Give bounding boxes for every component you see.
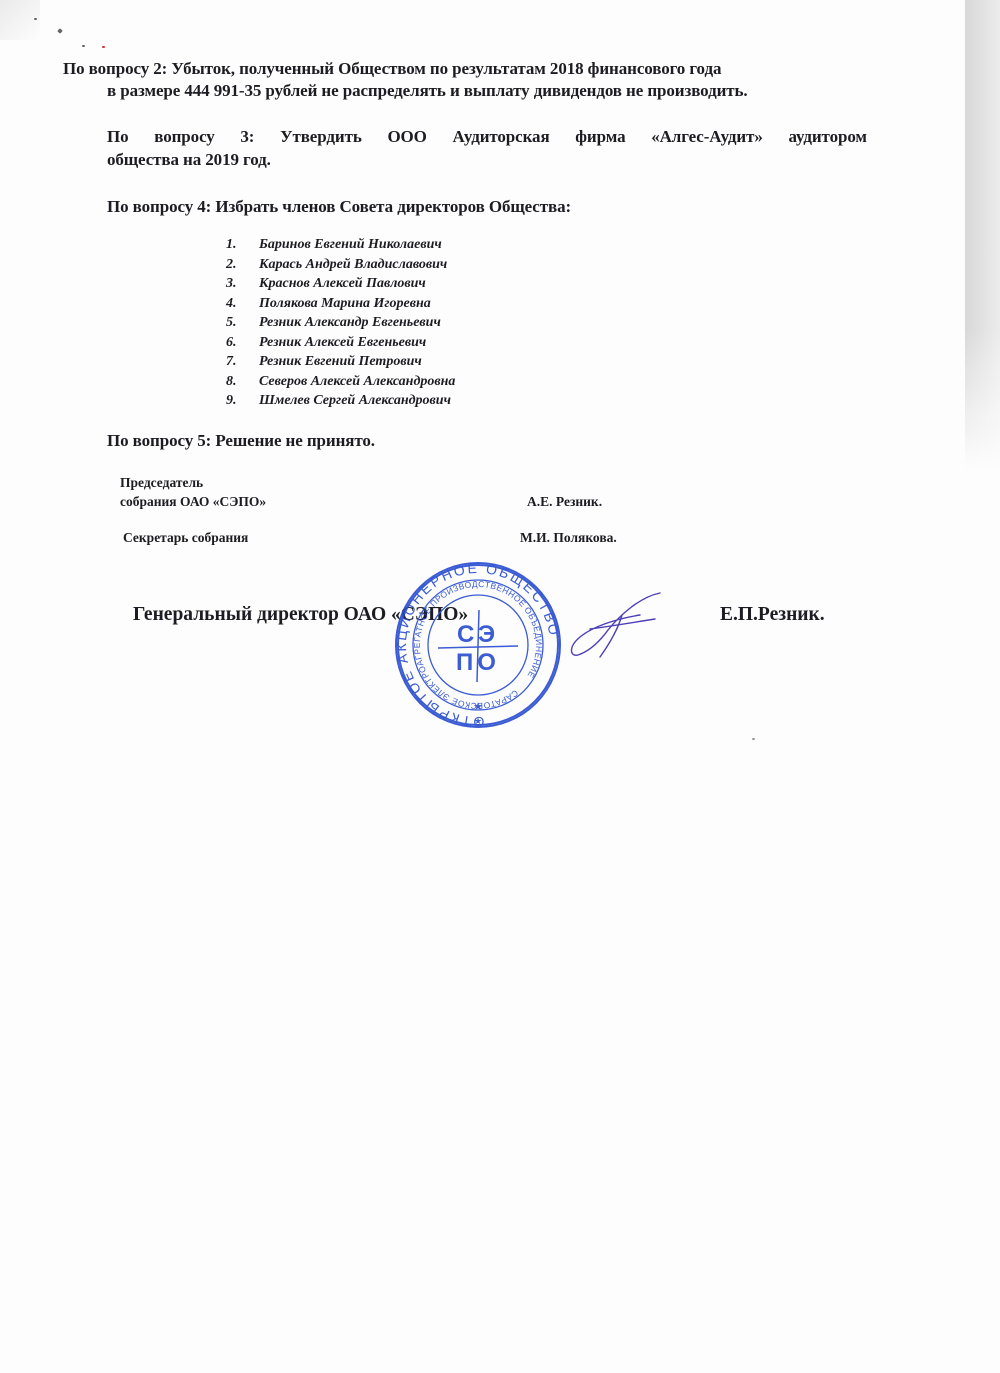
scan-speck — [57, 28, 63, 34]
board-members-list: 1.Баринов Евгений Николаевич 2.Карась Ан… — [226, 235, 455, 411]
word: фирма — [575, 127, 625, 147]
item-number: 7. — [226, 352, 259, 372]
scan-corner-shadow — [0, 0, 40, 40]
item-number: 5. — [226, 313, 259, 333]
member-name: Шмелев Сергей Александрович — [259, 393, 451, 408]
word: Утвердить — [280, 127, 362, 147]
member-name: Резник Евгений Петрович — [259, 354, 422, 369]
scan-speck — [102, 46, 105, 48]
item-number: 8. — [226, 372, 259, 392]
scan-speck — [752, 738, 755, 740]
company-seal-stamp: ОТКРЫТОЕ АКЦИОНЕРНОЕ ОБЩЕСТВО САРАТОВСКО… — [393, 560, 563, 730]
question-2-line-1: По вопросу 2: Убыток, полученный Обществ… — [63, 59, 721, 79]
item-number: 2. — [226, 255, 259, 275]
word: «Алгес-Аудит» — [651, 127, 763, 147]
item-number: 4. — [226, 294, 259, 314]
word: аудитором — [789, 127, 867, 147]
scan-speck — [34, 18, 37, 20]
question-4-heading: По вопросу 4: Избрать членов Совета дире… — [107, 197, 571, 217]
star-icon: ★ — [474, 716, 482, 726]
scan-edge-shadow — [965, 0, 1000, 470]
member-name: Баринов Евгений Николаевич — [259, 237, 442, 252]
member-name: Полякова Марина Игоревна — [259, 296, 431, 311]
word: Аудиторская — [453, 127, 550, 147]
member-name: Северов Алексей Александровна — [259, 374, 455, 389]
chairman-title-line-1: Председатель — [120, 475, 203, 491]
member-name: Краснов Алексей Павлович — [259, 276, 426, 291]
list-item: 8.Северов Алексей Александровна — [226, 372, 455, 392]
chairman-title-line-2: собрания ОАО «СЭПО» — [120, 494, 266, 510]
handwritten-signature — [560, 585, 670, 665]
director-name: Е.П.Резник. — [720, 604, 825, 626]
list-item: 5.Резник Александр Евгеньевич — [226, 313, 455, 333]
word: ООО — [387, 127, 426, 147]
item-number: 3. — [226, 274, 259, 294]
list-item: 9.Шмелев Сергей Александрович — [226, 391, 455, 411]
item-number: 9. — [226, 391, 259, 411]
secretary-title: Секретарь собрания — [123, 530, 248, 546]
chairman-name: А.Е. Резник. — [527, 494, 602, 510]
question-3-line-2: общества на 2019 год. — [107, 150, 271, 170]
secretary-name: М.И. Полякова. — [520, 530, 617, 546]
list-item: 7.Резник Евгений Петрович — [226, 352, 455, 372]
list-item: 4.Полякова Марина Игоревна — [226, 294, 455, 314]
question-5-text: По вопросу 5: Решение не принято. — [107, 431, 375, 451]
list-item: 3.Краснов Алексей Павлович — [226, 274, 455, 294]
star-icon: ★ — [473, 701, 483, 713]
member-name: Карась Андрей Владиславович — [259, 257, 447, 272]
item-number: 1. — [226, 235, 259, 255]
question-2-line-2: в размере 444 991-35 рублей не распредел… — [107, 81, 748, 101]
list-item: 6.Резник Алексей Евгеньевич — [226, 333, 455, 353]
member-name: Резник Александр Евгеньевич — [259, 315, 441, 330]
scan-speck — [82, 45, 85, 47]
list-item: 2.Карась Андрей Владиславович — [226, 255, 455, 275]
word: вопросу — [154, 127, 214, 147]
word: По — [107, 127, 129, 147]
list-item: 1.Баринов Евгений Николаевич — [226, 235, 455, 255]
word: 3: — [240, 127, 254, 147]
member-name: Резник Алексей Евгеньевич — [259, 335, 426, 350]
item-number: 6. — [226, 333, 259, 353]
question-3-line-1: По вопросу 3: Утвердить ООО Аудиторская … — [107, 127, 867, 147]
